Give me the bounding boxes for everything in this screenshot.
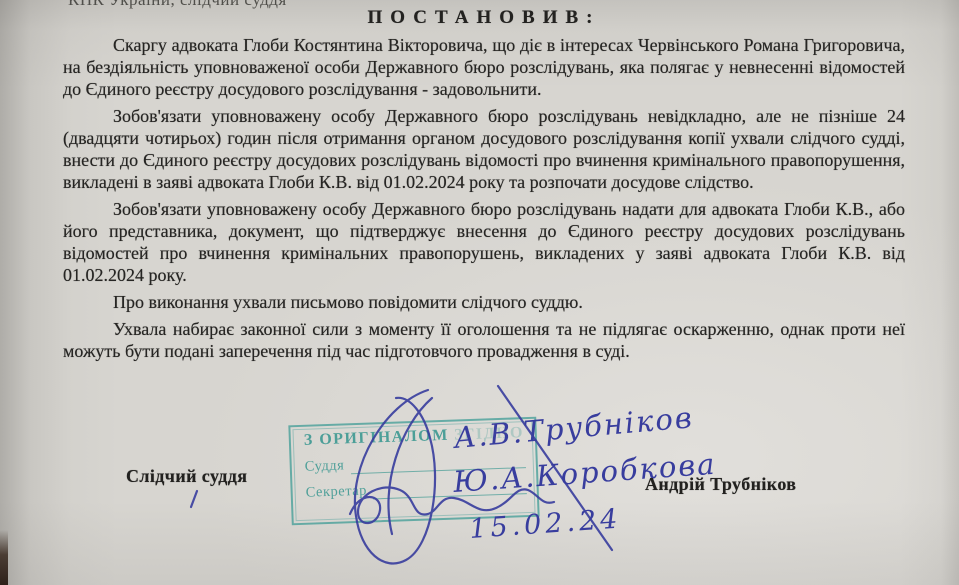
paragraph-obligation-document: Зобов'язати уповноважену особу Державног…: [63, 198, 905, 286]
stamp-title: З ОРИГІНАЛОМ ЗГІДНО: [304, 424, 525, 450]
stamp-secretary-row: Секретар: [305, 477, 526, 502]
stamp-secretary-signature-line: [373, 480, 527, 499]
document-body: Скаргу адвоката Глоби Костянтина Вікторо…: [63, 34, 905, 367]
document-title: ПОСТАНОВИВ:: [63, 7, 905, 29]
scanned-court-document: КПК України, слідчий суддя ПОСТАНОВИВ: С…: [0, 0, 959, 585]
stamp-title-main: З ОРИГІНАЛОМ: [304, 427, 449, 449]
paragraph-legal-force: Ухвала набирає законної сили з моменту ї…: [63, 318, 905, 362]
paragraph-notify-judge: Про виконання ухвали письмово повідомити…: [63, 291, 905, 313]
pen-tick: [191, 491, 197, 507]
certification-stamp: З ОРИГІНАЛОМ ЗГІДНО Суддя Секретар: [288, 417, 539, 526]
photo-edge-shadow: [0, 530, 8, 585]
stamp-judge-signature-line: [350, 454, 526, 474]
judge-role-label: Слідчий суддя: [126, 466, 247, 487]
paragraph-obligation-erdr: Зобов'язати уповноважену особу Державног…: [63, 105, 905, 193]
paragraph-ruling: Скаргу адвоката Глоби Костянтина Вікторо…: [63, 34, 905, 100]
stamp-title-faded: ЗГІДНО: [454, 424, 524, 443]
stamp-judge-label: Суддя: [305, 457, 345, 475]
stamp-secretary-label: Секретар: [305, 483, 367, 502]
stamp-judge-row: Суддя: [305, 451, 526, 476]
judge-printed-name: Андрій Трубніков: [645, 474, 796, 495]
